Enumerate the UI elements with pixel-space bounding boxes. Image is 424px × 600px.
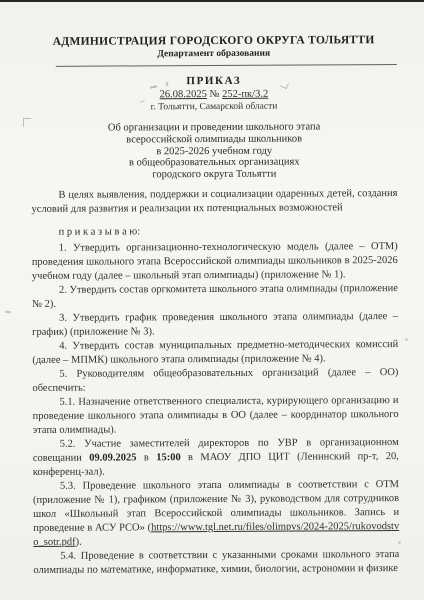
item-5-2-text: в: [136, 452, 156, 463]
order-item-2: 2. Утвердить состав оргкомитета школьног…: [32, 282, 398, 312]
decree-word: п р и к а з ы в а ю:: [32, 224, 398, 240]
number-sign: №: [209, 89, 219, 100]
subject-line: городского округа Тольятти: [31, 168, 397, 182]
order-subject: Об организации и проведении школьного эт…: [31, 121, 397, 182]
document-date: 26.08.2025: [160, 89, 207, 100]
meeting-time: 15:00: [156, 452, 181, 463]
order-item-5-3: 5.3. Проведение школьного этапа олимпиад…: [33, 478, 399, 550]
order-items: 1. Утвердить организационно-технологичес…: [32, 240, 400, 578]
document-place: г. Тольятти, Самарской области: [31, 101, 397, 114]
preamble-paragraph: В целях выявления, поддержки и социализа…: [31, 187, 397, 217]
order-item-5-2: 5.2. Участие заместителей директоров по …: [33, 436, 399, 480]
header-divider: [56, 64, 397, 67]
order-item-3: 3. Утвердить график проведения школьного…: [32, 310, 398, 340]
order-item-5: 5. Руководителям общеобразовательных орг…: [32, 366, 398, 396]
order-item-4: 4. Утвердить состав муниципальных предме…: [32, 338, 398, 368]
meeting-date: 09.09.2025: [89, 452, 136, 463]
document-content: АДМИНИСТРАЦИЯ ГОРОДСКОГО ОКРУГА ТОЛЬЯТТИ…: [0, 0, 424, 600]
order-item-1: 1. Утвердить организационно-технологичес…: [32, 240, 398, 284]
order-item-5-4: 5.4. Проведение в соответствии с указанн…: [33, 548, 399, 578]
organization-name: АДМИНИСТРАЦИЯ ГОРОДСКОГО ОКРУГА ТОЛЬЯТТИ: [31, 34, 397, 49]
document-type-label: ПРИКАЗ: [31, 74, 397, 89]
item-5-3-text: ).: [76, 537, 82, 548]
order-body: В целях выявления, поддержки и социализа…: [31, 187, 399, 578]
document-page: АДМИНИСТРАЦИЯ ГОРОДСКОГО ОКРУГА ТОЛЬЯТТИ…: [0, 0, 424, 600]
order-item-5-1: 5.1. Назначение ответственного специалис…: [32, 394, 398, 438]
document-date-number: 26.08.2025 № 252-пк/3.2: [31, 88, 397, 102]
document-number: 252-пк/3.2: [222, 89, 268, 100]
department-name: Департамент образования: [31, 48, 397, 61]
